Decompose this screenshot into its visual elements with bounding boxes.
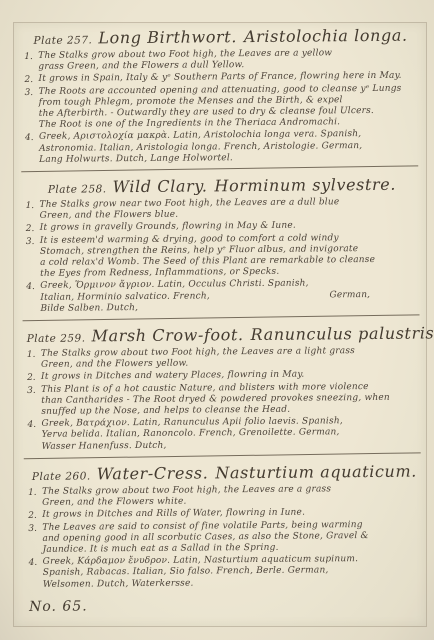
section-plate-260: Plate 260.Water-Cress.Nasturtium aquatic… [28, 461, 422, 590]
section-plate-257: Plate 257.Long Birthwort.Aristolochia lo… [24, 26, 418, 166]
item-number: 4. [27, 419, 41, 453]
item-text: The Stalks grow about two Foot high, the… [41, 346, 420, 372]
numbered-item: 1. The Stalks grow about two Foot high, … [27, 346, 420, 372]
item-number: 2. [27, 372, 41, 383]
plate-label: Plate 259. [27, 333, 86, 346]
plate-label: Plate 258. [48, 183, 107, 196]
numbered-item: 4. Greek, Βατράχιον. Latin, Ranunculus A… [27, 416, 420, 453]
item-number: 3. [26, 236, 40, 281]
item-text: Greek, Ὅρμινον ἄγριον. Latin, Occulus Ch… [40, 278, 419, 315]
item-number: 3. [25, 86, 39, 131]
item-number: 2. [24, 74, 38, 85]
common-name: Long Birthwort. [98, 27, 237, 47]
numbered-item: 3. It is esteem'd warming & drying, good… [26, 232, 419, 280]
section-heading: Plate 260.Water-Cress.Nasturtium aquatic… [28, 461, 421, 483]
latin-name: Ranunculus palustris. [251, 323, 434, 344]
page-content: Plate 257.Long Birthwort.Aristolochia lo… [24, 25, 422, 615]
item-text: Greek, Αριστολοχία μακρὰ. Latin, Aristol… [39, 129, 418, 166]
section-heading: Plate 257.Long Birthwort.Aristolochia lo… [24, 26, 417, 48]
item-text: This Plant is of a hot caustic Nature, a… [41, 381, 420, 418]
section-divider [24, 452, 421, 459]
item-number: 1. [27, 349, 41, 372]
section-divider [21, 165, 418, 172]
section-heading: Plate 259.Marsh Crow-foot.Ranunculus pal… [27, 324, 420, 346]
numbered-item: 1. The Stalks grow about two Foot high, … [24, 48, 417, 74]
common-name: Wild Clary. [113, 176, 208, 196]
item-text: Greek, Κάρδαμον ἔνυδρον. Latin, Nasturti… [43, 554, 422, 591]
item-text: It is esteem'd warming & drying, good to… [40, 232, 419, 280]
scanned-page: Plate 257.Long Birthwort.Aristolochia lo… [0, 0, 434, 640]
common-name: Water-Cress. [97, 463, 209, 483]
latin-name: Horminum sylvestre. [214, 175, 396, 196]
item-number: 1. [26, 200, 40, 223]
latin-name: Aristolochia longa. [244, 26, 408, 46]
page-number: No. 65. [29, 595, 422, 614]
plate-label: Plate 260. [32, 470, 91, 483]
item-text: The Leaves are said to consist of fine v… [42, 519, 421, 556]
item-number: 3. [27, 385, 41, 419]
numbered-item: 1. The Stalks grow near two Foot high, t… [26, 197, 419, 223]
common-name: Marsh Crow-foot. [91, 325, 243, 345]
numbered-item: 1. The Stalks grow about two Foot high, … [28, 483, 421, 509]
numbered-item: 3. The Leaves are said to consist of fin… [28, 519, 421, 556]
numbered-item: 3. This Plant is of a hot caustic Nature… [27, 381, 420, 418]
item-number: 4. [25, 132, 39, 166]
item-number: 1. [24, 51, 38, 74]
numbered-item: 3. The Roots are accounted opening and a… [25, 83, 418, 131]
item-text: The Stalks grow about two Foot high, the… [38, 48, 417, 74]
item-text: Greek, Βατράχιον. Latin, Ranunculus Apii… [41, 416, 420, 453]
section-divider [23, 314, 420, 321]
numbered-item: 4. Greek, Αριστολοχία μακρὰ. Latin, Aris… [25, 129, 418, 166]
section-plate-259: Plate 259.Marsh Crow-foot.Ranunculus pal… [27, 324, 421, 453]
item-text: The Stalks grow near two Foot high, the … [40, 197, 419, 223]
item-text: The Roots are accounted opening and atte… [39, 83, 418, 131]
item-number: 4. [29, 557, 43, 591]
latin-name: Nasturtium aquaticum. [215, 461, 417, 482]
numbered-item: 4. Greek, Κάρδαμον ἔνυδρον. Latin, Nastu… [29, 554, 422, 591]
item-number: 3. [28, 522, 42, 556]
item-number: 2. [26, 223, 40, 234]
item-number: 4. [26, 281, 40, 315]
section-plate-258: Plate 258.Wild Clary.Horminum sylvestre.… [25, 175, 419, 315]
section-heading: Plate 258.Wild Clary.Horminum sylvestre. [25, 175, 418, 197]
item-number: 1. [28, 487, 42, 510]
plate-label: Plate 257. [33, 34, 92, 47]
item-text: The Stalks grow about two Foot high, the… [42, 483, 421, 509]
numbered-item: 4. Greek, Ὅρμινον ἄγριον. Latin, Occulus… [26, 278, 419, 315]
item-number: 2. [28, 510, 42, 521]
